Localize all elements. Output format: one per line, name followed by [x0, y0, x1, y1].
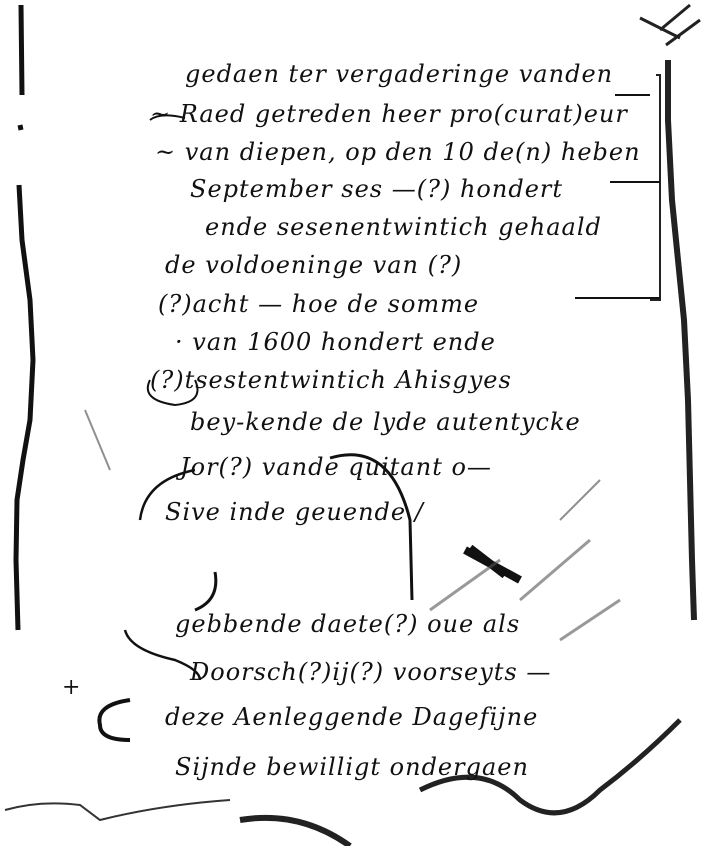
manuscript-line-14: Doorsch(?)ij(?) voorseyts — [190, 660, 551, 684]
manuscript-line-9: (?)tsestentwintich Ahisgyes [150, 368, 512, 392]
manuscript-page: gedaen ter vergaderinge vanden ~ Raed ge… [0, 0, 701, 846]
big-c-bracket [99, 700, 130, 740]
manuscript-line-10: bey-kende de lyde autentycke [190, 410, 581, 434]
manuscript-line-15: deze Aenleggende Dagefijne [165, 705, 538, 729]
right-torn-edge [668, 60, 694, 620]
manuscript-line-2: ~ Raed getreden heer pro(curat)eur [150, 102, 628, 126]
margin-cross-mark: + [62, 675, 80, 700]
manuscript-line-4: September ses —(?) hondert [190, 177, 563, 201]
manuscript-line-12: Sive inde geuende / [165, 500, 424, 524]
manuscript-line-7: (?)acht — hoe de somme [158, 292, 479, 316]
manuscript-line-16: Sijnde bewilligt ondergaen [175, 755, 529, 779]
bottom-left-edge [5, 800, 230, 820]
left-margin-line [16, 5, 33, 630]
manuscript-line-1: gedaen ter vergaderinge vanden [185, 62, 613, 86]
manuscript-line-8: · van 1600 hondert ende [175, 330, 496, 354]
manuscript-line-3: ~ van diepen, op den 10 de(n) heben [155, 140, 641, 164]
manuscript-line-13: gebbende daete(?) oue als [175, 612, 520, 636]
manuscript-line-6: de voldoeninge van (?) [165, 253, 462, 277]
manuscript-line-11: Jor(?) vande quitant o— [180, 455, 492, 479]
s-curve [195, 572, 216, 610]
manuscript-line-5: ende sesenentwintich gehaald [205, 215, 602, 239]
